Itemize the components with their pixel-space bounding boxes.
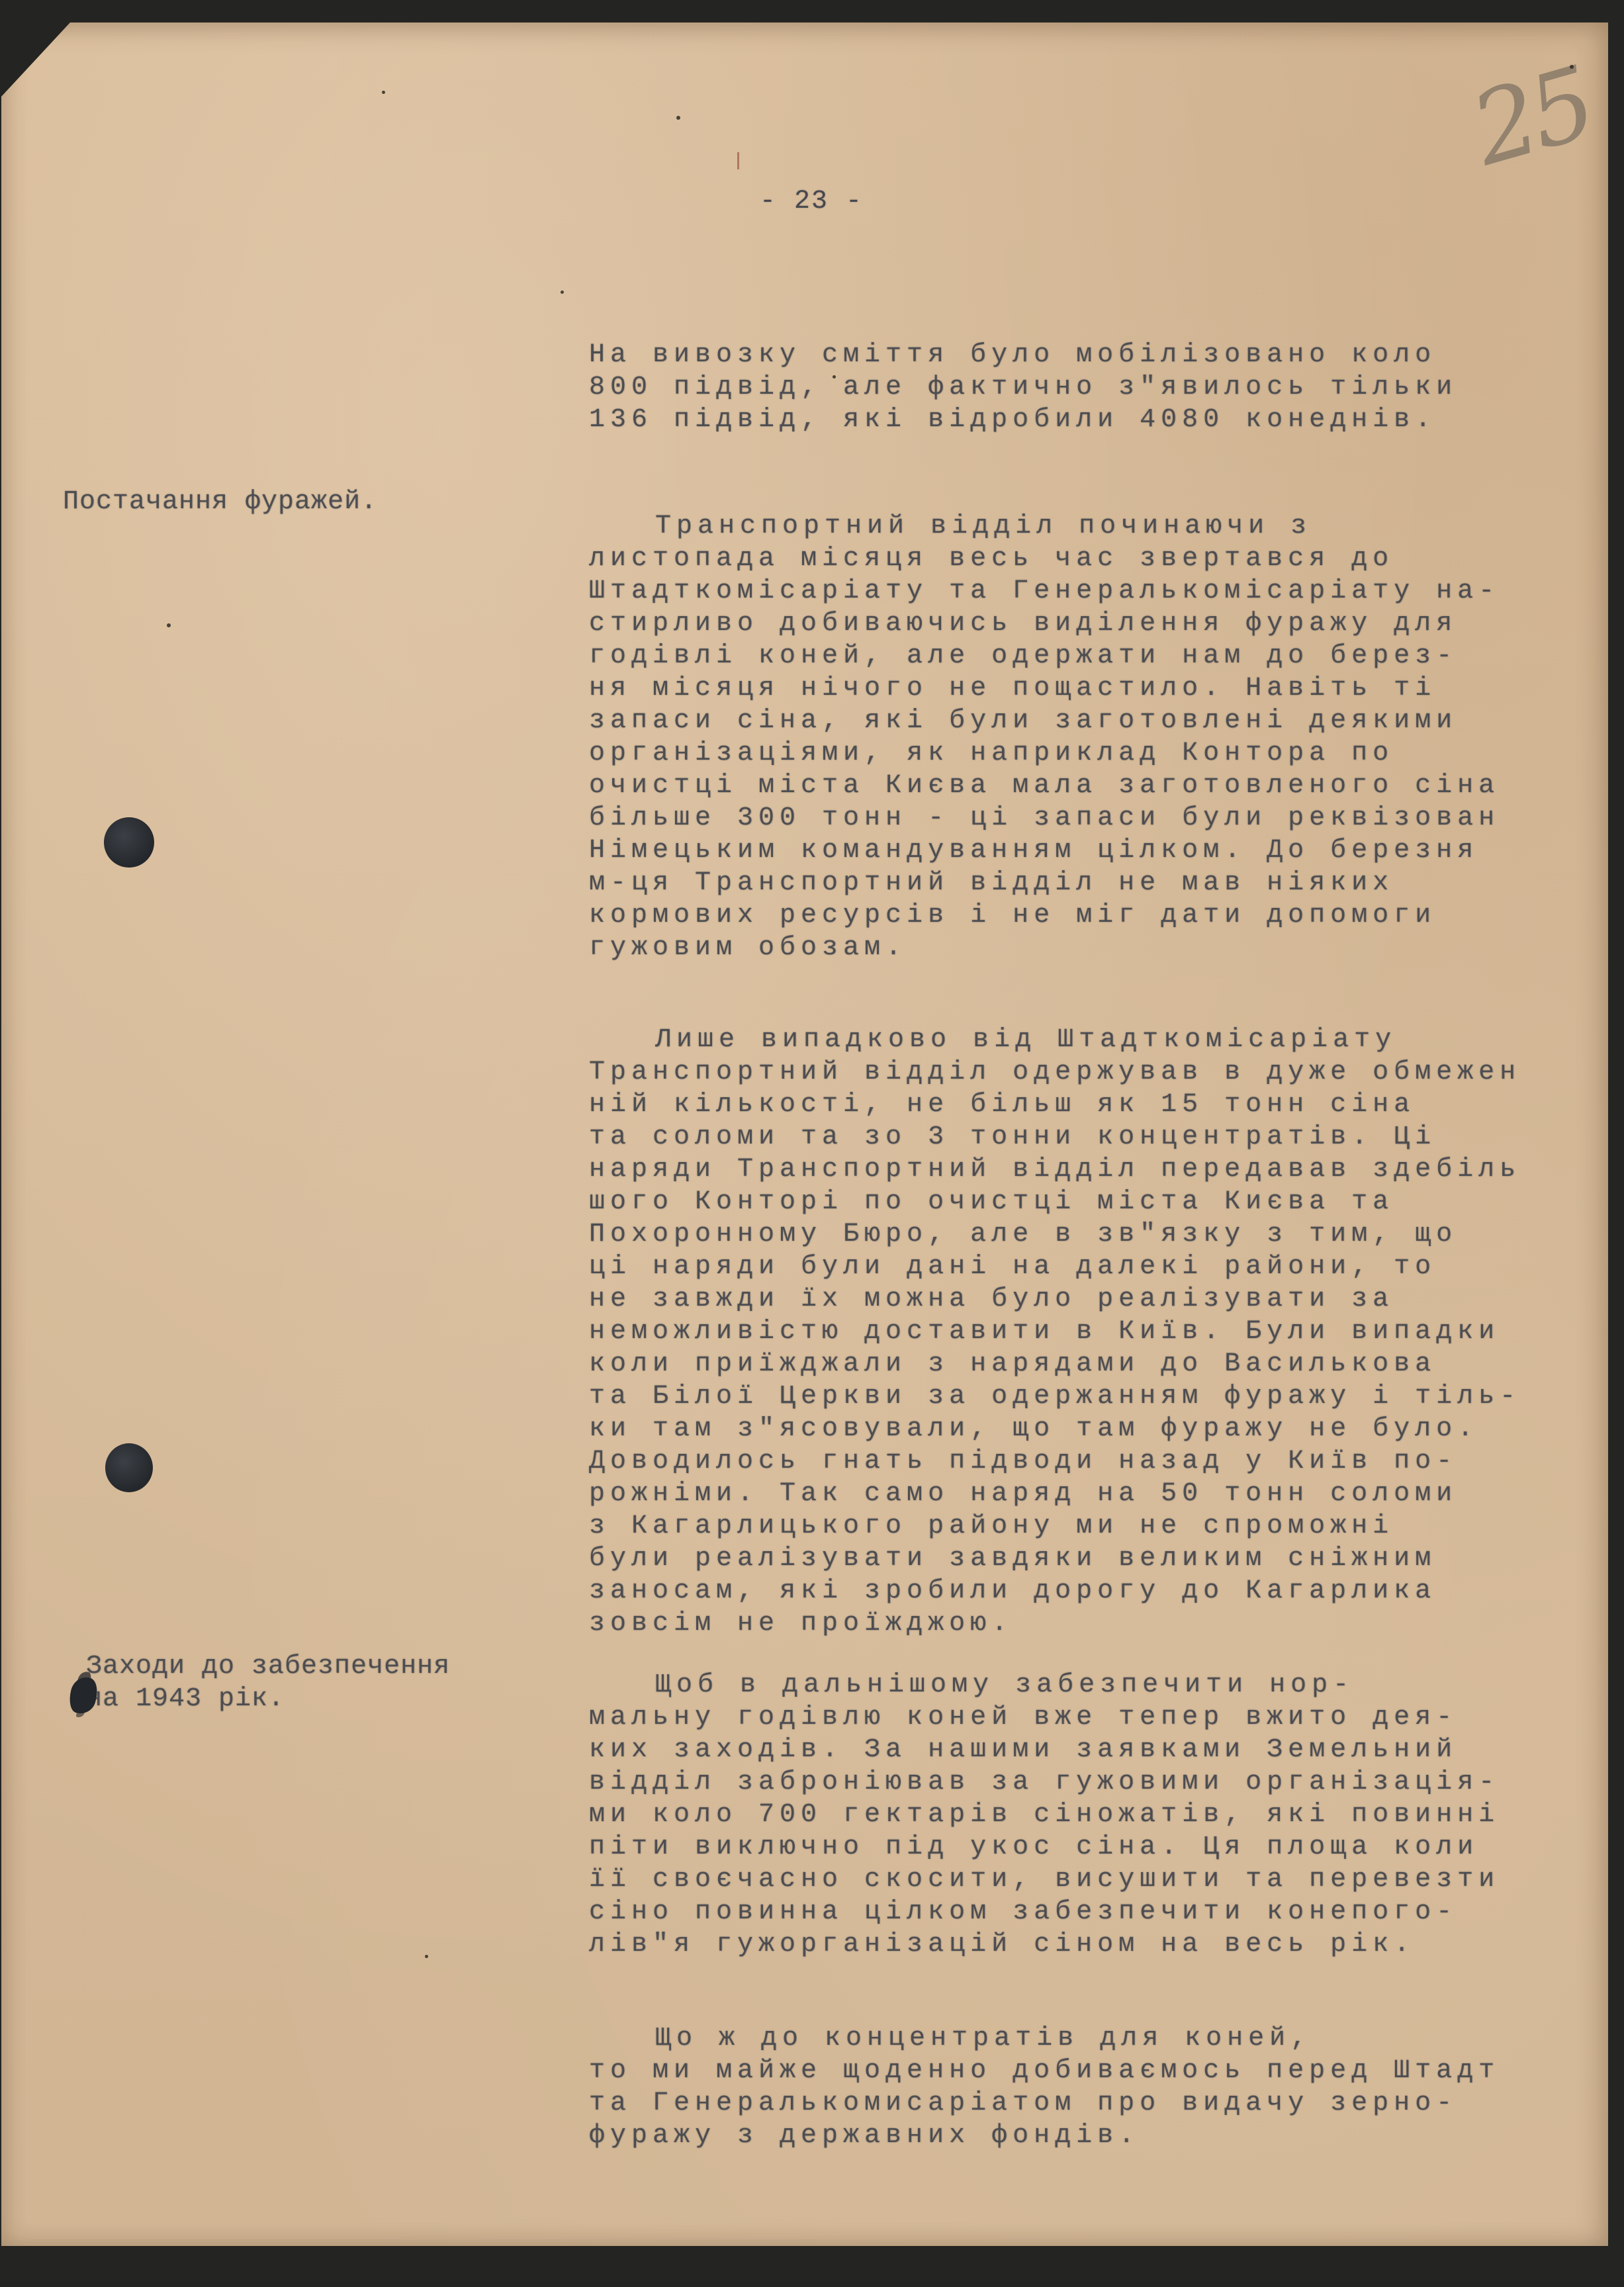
text-line: лів"я гужорганізацій сіном на весь рік. — [589, 1928, 1568, 1961]
margin-label-measures-1943: Заходи до забезпеченняна 1943 рік. — [86, 1650, 450, 1715]
paragraph-garbage-removal: На вивозку сміття було мобілізовано коло… — [589, 339, 1568, 436]
text-line: більше 300 тонн - ці запаси були реквізо… — [589, 802, 1568, 834]
paper-speck — [425, 1955, 428, 1958]
text-line: то ми майже щоденно добиваємось перед Шт… — [589, 2055, 1568, 2087]
document-page: - 23 - 25 Постачання фуражей. Заходи до … — [1, 22, 1608, 2246]
text-line: фуражу з державних фондів. — [589, 2120, 1568, 2152]
text-line: Німецьким командуванням цілком. До берез… — [589, 834, 1568, 867]
text-line: годівлі коней, але одержати нам до берез… — [589, 640, 1568, 672]
paper-speck — [382, 91, 385, 94]
text-line: шого Конторі по очистці міста Києва та — [589, 1186, 1568, 1218]
paper-speck — [676, 116, 680, 120]
text-line: Транспортний відділ одержував в дуже обм… — [589, 1056, 1568, 1089]
text-line: Постачання фуражей. — [63, 486, 377, 518]
text-line: Щоб в дальнішому забезпечити нор- — [589, 1669, 1568, 1701]
text-line: були реалізувати завдяки великим сніжним — [589, 1543, 1568, 1575]
text-line: та Генералькомисаріатом про видачу зерно… — [589, 2087, 1568, 2120]
text-line: неможливістю доставити в Київ. Були випа… — [589, 1316, 1568, 1348]
text-line: Що ж до концентратів для коней, — [589, 2022, 1568, 2055]
text-line: очистці міста Києва мала заготовленого с… — [589, 770, 1568, 802]
punch-hole-top — [104, 817, 154, 868]
text-line: рожніми. Так само наряд на 50 тонн солом… — [589, 1478, 1568, 1510]
text-line: Похоронному Бюро, але в зв"язку з тим, щ… — [589, 1218, 1568, 1251]
paper-fiber-mark — [737, 152, 739, 169]
paper-speck — [833, 375, 836, 379]
text-line: на 1943 рік. — [86, 1683, 450, 1715]
text-line: заносам, які зробили дорогу до Кагарлика — [589, 1575, 1568, 1607]
paragraph-transport-department: Транспортний відділ починаючи злистопада… — [589, 510, 1568, 964]
margin-label-fodder-supply: Постачання фуражей. — [63, 486, 377, 518]
text-line: ній кількості, не більш як 15 тонн сіна — [589, 1089, 1568, 1121]
text-line: та Білої Церкви за одержанням фуражу і т… — [589, 1380, 1568, 1413]
text-line: Заходи до забезпечення — [86, 1650, 450, 1683]
text-line: Доводилось гнать підводи назад у Київ по… — [589, 1445, 1568, 1478]
text-line: На вивозку сміття було мобілізовано коло — [589, 339, 1568, 371]
text-line: ми коло 700 гектарів сіножатів, які пови… — [589, 1799, 1568, 1831]
text-line: не завжди їх можна було реалізувати за — [589, 1283, 1568, 1316]
text-line: 800 підвід, але фактично з"явилось тільк… — [589, 371, 1568, 404]
text-line: ня місяця нічого не пощастило. Навіть ті — [589, 672, 1568, 705]
text-line: Штадткомісаріату та Генералькомісаріату … — [589, 575, 1568, 607]
text-line: гужовим обозам. — [589, 932, 1568, 964]
text-line: організаціями, як наприклад Контора по — [589, 737, 1568, 770]
text-line: з Кагарлицького району ми не спроможні — [589, 1510, 1568, 1543]
text-line: піти виключно під укос сіна. Ця площа ко… — [589, 1831, 1568, 1863]
text-line: ки там з"ясовували, що там фуражу не бул… — [589, 1413, 1568, 1445]
page-number: - 23 - — [760, 187, 863, 216]
text-line: стирливо добиваючись виділення фуражу дл… — [589, 607, 1568, 640]
text-line: кормових ресурсів і не міг дати допомоги — [589, 899, 1568, 932]
text-line: та соломи та зо 3 тонни концентратів. Ці — [589, 1121, 1568, 1153]
text-line: мальну годівлю коней вже тепер вжито дея… — [589, 1701, 1568, 1734]
text-line: м-ця Транспортний відділ не мав ніяких — [589, 867, 1568, 899]
paragraph-occasional-supplies: Лише випадково від ШтадткомісаріатуТранс… — [589, 1024, 1568, 1640]
text-line: коли приїжджали з нарядами до Василькова — [589, 1348, 1568, 1380]
text-line: Лише випадково від Штадткомісаріату — [589, 1024, 1568, 1056]
paper-speck — [167, 623, 171, 627]
text-line: її своєчасно скосити, висушити та переве… — [589, 1863, 1568, 1896]
scan-background: - 23 - 25 Постачання фуражей. Заходи до … — [0, 0, 1624, 2287]
text-line: сіно повинна цілком забезпечити конепого… — [589, 1896, 1568, 1928]
text-line: 136 підвід, які відробили 4080 конеднів. — [589, 404, 1568, 436]
text-line: ких заходів. За нашими заявками Земельни… — [589, 1734, 1568, 1766]
paper-speck — [1570, 65, 1574, 69]
punch-hole-bottom — [105, 1443, 153, 1492]
paragraph-concentrates: Що ж до концентратів для коней,то ми май… — [589, 2022, 1568, 2152]
paragraph-measures-1943: Щоб в дальнішому забезпечити нор-мальну … — [589, 1669, 1568, 1961]
paper-speck — [561, 291, 564, 294]
text-line: листопада місяця весь час звертався до — [589, 543, 1568, 575]
text-line: запаси сіна, які були заготовлені деяким… — [589, 705, 1568, 737]
text-line: ці наряди були дані на далекі райони, то — [589, 1251, 1568, 1283]
text-line: Транспортний відділ починаючи з — [589, 510, 1568, 543]
text-line: наряди Транспортний відділ передавав зде… — [589, 1153, 1568, 1186]
text-line: зовсім не проїжджою. — [589, 1607, 1568, 1640]
text-line: відділ заброніював за гужовими організац… — [589, 1766, 1568, 1799]
handwritten-page-number: 25 — [1463, 54, 1601, 181]
